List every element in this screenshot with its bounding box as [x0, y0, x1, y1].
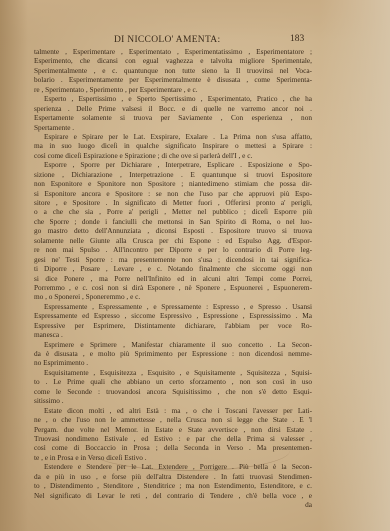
text-line: così come diceſi Espirazione e Spirazion…	[34, 151, 312, 160]
book-page: DI NICCOLO' AMENTA: 183 talmente , Esper…	[0, 0, 390, 531]
text-line: sperienza . Delle Prime valsesi il Bocc.…	[34, 104, 312, 113]
text-line: ne , o che l'uso non le ammettesse , nel…	[34, 415, 312, 424]
text-line: come le Seconde : truovandosi ancora Squ…	[34, 387, 312, 396]
text-line: Esprimere e Sprimere , Manifestar chiara…	[34, 340, 312, 349]
body-text: talmente , Esperimentare , Esperimentato…	[34, 47, 312, 509]
text-line: da e più in uso , e forse più dell'altra…	[34, 472, 312, 481]
text-line: to , Distendimento , Stenditore , Stendi…	[34, 481, 312, 490]
text-line: Espressive per Esprimere, Distintamente …	[34, 321, 312, 330]
text-line: da è disusata , e molto più Sprimimento …	[34, 349, 312, 358]
text-line: Porremmo , e c. così non si dirà Esponer…	[34, 283, 312, 292]
text-line: gesi ne' Testi Sporre : ma presentemente…	[34, 255, 312, 264]
text-line: Esperimento, che dicansi con egual vaghe…	[34, 56, 312, 65]
text-line: da	[34, 500, 312, 509]
text-line: Sperimentalmente , e c. quantunque non t…	[34, 66, 312, 75]
text-line: Estendere e Stendere per le Lat. Extende…	[34, 462, 312, 471]
text-line: go mastro detto dell'Annunziata , dicons…	[34, 226, 312, 235]
text-line: talmente , Esperimentare , Esperimentato…	[34, 47, 312, 56]
text-line: o a che che sia , Porre a' perigli , Met…	[34, 207, 312, 216]
text-line: Estate dicon molti , ed altri Està : ma …	[34, 406, 312, 415]
text-line: sitissimo .	[34, 396, 312, 405]
text-line: Spertamente .	[34, 123, 312, 132]
text-line: mo , o Sponerei , Sponeremmo , e c.	[34, 292, 312, 301]
text-line: to . Le Prime quali che abbiano un certo…	[34, 377, 312, 386]
text-line: Pergam. due volte nel Memor. in Estate e…	[34, 425, 312, 434]
text-line: Espertamente solamente si truova per Sav…	[34, 113, 312, 122]
text-line: che Sporre ; donde i fanciulli che metto…	[34, 217, 312, 226]
text-line: Esporre , Sporre per Dichiarare , Interp…	[34, 160, 312, 169]
running-head: DI NICCOLO' AMENTA:	[114, 35, 220, 45]
text-line: Espirare e Spirare per le Lat. Exspirare…	[34, 132, 312, 141]
text-line: Esquisitamente , Esquisitezza , Esquisit…	[34, 368, 312, 377]
text-line: non Esponitore e Sponitore non Spositore…	[34, 179, 312, 188]
text-line: si Esponitore ancora e Spositore : se no…	[34, 189, 312, 198]
text-line: Espressamente , Espressamente , e Spress…	[34, 302, 312, 311]
paper-fade	[320, 0, 390, 531]
text-line: Espressamente ed Espresso , siccome Espr…	[34, 311, 312, 320]
text-line: te , e in Prosa e in Verso diceſi Estivo…	[34, 453, 312, 462]
page-gutter-shadow	[0, 0, 28, 531]
text-line: così come di Boccaccio in Prosa ; della …	[34, 443, 312, 452]
text-line: sitore , e Spositore . In significato di…	[34, 198, 312, 207]
text-line: solamente nelle Giunte alla Crusca per c…	[34, 236, 312, 245]
text-line: ma in suo luogo diceſi in qualche signif…	[34, 141, 312, 150]
page-number: 183	[290, 34, 304, 44]
text-line: si dice Ponere , ma Porre nell'Infinito …	[34, 274, 312, 283]
text-line: manesca .	[34, 330, 312, 339]
text-line: Nel significato di Levar le reti , del c…	[34, 491, 312, 500]
text-line: Truovasi nondimeno Estivale , ed Estivo …	[34, 434, 312, 443]
text-line: re , Sperimentato , Sperimento , per Esp…	[34, 85, 312, 94]
text-line: re non mai Spulso . All'incontro per Dip…	[34, 245, 312, 254]
text-line: ti Diporre , Posare , Levare , e c. Nota…	[34, 264, 312, 273]
text-line: sizione , Dichiarazione , Interpetrazion…	[34, 170, 312, 179]
text-line: Esperto , Espertissimo , e Sperto Sperti…	[34, 94, 312, 103]
text-line: no Esprimimento .	[34, 358, 312, 367]
text-line: bolario . Esperimentamente per Esperimen…	[34, 75, 312, 84]
